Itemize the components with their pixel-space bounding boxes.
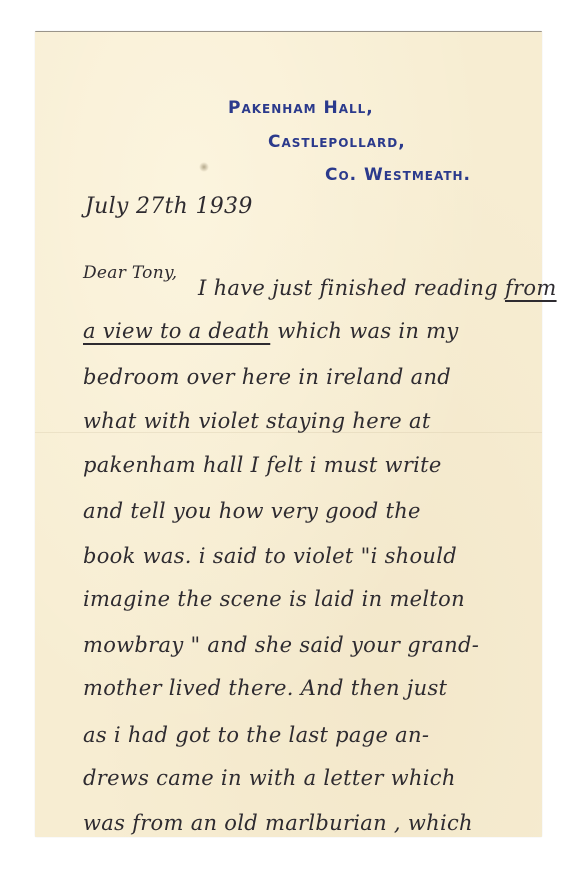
- letter-line: drews came in with a letter which: [83, 768, 456, 789]
- letterhead-line-2: Castlepollard,: [268, 134, 406, 151]
- ink-stain: [199, 162, 209, 172]
- letter-line: was from an old marlburian , which: [83, 813, 473, 834]
- scan-background: Pakenham Hall, Castlepollard, Co. Westme…: [0, 0, 580, 872]
- line-text: I have just finished reading: [198, 276, 505, 300]
- letter-line: pakenham hall I felt i must write: [83, 455, 442, 476]
- letterhead-line-3: Co. Westmeath.: [325, 167, 471, 184]
- letterhead-line-1: Pakenham Hall,: [228, 100, 374, 117]
- letter-line: mowbray " and she said your grand-: [83, 635, 479, 656]
- letter-line: book was. i said to violet "i should: [83, 546, 457, 567]
- book-title-part: from: [505, 276, 557, 300]
- letter-paper: Pakenham Hall, Castlepollard, Co. Westme…: [35, 31, 542, 837]
- letter-line: bedroom over here in ireland and: [83, 367, 451, 388]
- line-text: which was in my: [270, 319, 458, 343]
- letter-line: I have just finished reading from: [198, 278, 557, 299]
- letter-line: imagine the scene is laid in melton: [83, 589, 465, 610]
- letter-line: what with violet staying here at: [83, 411, 431, 432]
- letter-line: a view to a death which was in my: [83, 321, 459, 342]
- letter-date: July 27th 1939: [85, 196, 253, 218]
- letter-line: mother lived there. And then just: [83, 678, 447, 699]
- letter-salutation: Dear Tony,: [83, 265, 177, 282]
- letter-line: as i had got to the last page an-: [83, 725, 429, 746]
- letter-line: and tell you how very good the: [83, 501, 421, 522]
- book-title-part: a view to a death: [83, 319, 270, 343]
